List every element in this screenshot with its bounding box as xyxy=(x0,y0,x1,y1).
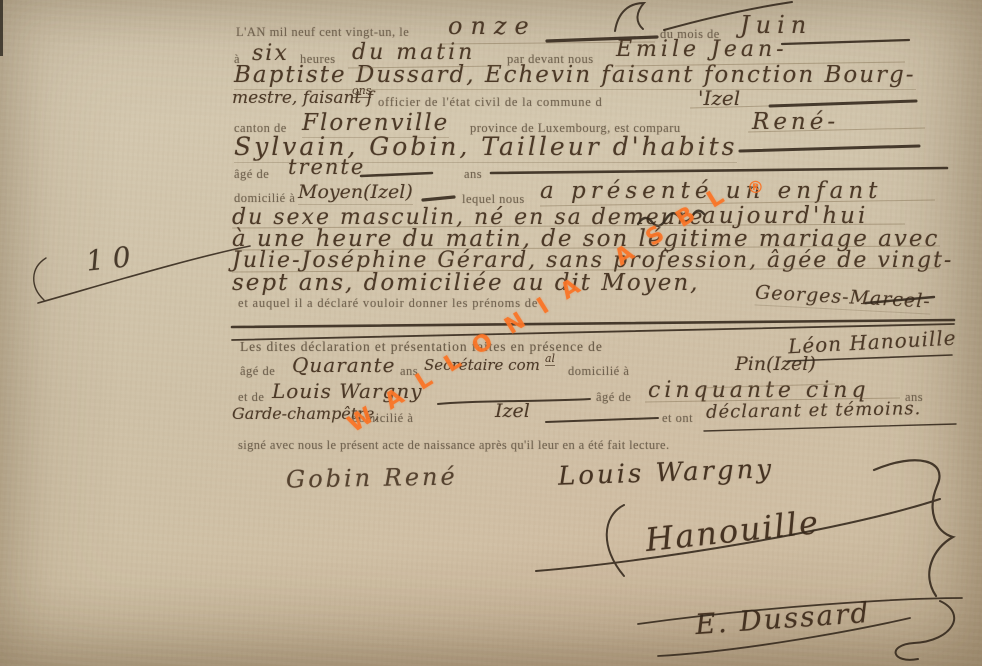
entry-day: onze xyxy=(448,12,537,41)
printed-aged: âgé de xyxy=(596,390,631,405)
printed-civil-status-officer: officier de l'état civil de la commune d xyxy=(378,95,603,110)
entry-child-names: Georges-Marcel- xyxy=(754,281,931,314)
entry-declarant-and-witnesses: déclarant et témoins. xyxy=(706,398,922,424)
registered-trademark-icon: ® xyxy=(747,178,764,198)
printed-aged: âgé de xyxy=(234,167,269,182)
entry-superscript-ons: ons xyxy=(352,84,371,98)
ink-line-after-domicile xyxy=(423,197,454,200)
ink-line-after-profession xyxy=(740,146,919,151)
ink-line-after-izel xyxy=(546,418,658,422)
printed-year-phrase: L'AN mil neuf cent vingt-un, le xyxy=(236,25,409,40)
entry-declarant-firstname: René- xyxy=(752,109,839,136)
dussard-loop-flourish xyxy=(896,601,955,660)
signature-witness2: Louis Wargny xyxy=(558,454,775,492)
entry-declarant-domicile: Moyen(Izel) xyxy=(298,181,413,205)
birth-act-document: 10 L'AN mil neuf cent vingt-un, le onze … xyxy=(0,0,982,666)
printed-signature-clause: signé avec nous le présent acte de naiss… xyxy=(238,438,670,453)
printed-and-have: et ont xyxy=(662,411,693,426)
signature-officer: E. Dussard xyxy=(694,596,871,641)
printed-declared-names: et auquel il a déclaré vouloir donner le… xyxy=(238,296,538,311)
entry-mother-age-domicile: sept ans, domiciliée au dit Moyen, xyxy=(232,270,699,297)
divider-rule-top xyxy=(232,320,954,327)
entry-witness1-age: Quarante xyxy=(292,353,395,378)
printed-domiciled-at: domicilié à xyxy=(568,364,629,379)
entry-commune: 'Izel xyxy=(698,86,740,111)
bracket-flourish xyxy=(874,460,953,596)
signature-declarant: Gobin René xyxy=(286,463,458,494)
entry-declarant-age: trente xyxy=(288,155,365,180)
ink-underline-month xyxy=(782,40,909,44)
entry-superscript-al: al xyxy=(545,352,555,366)
ink-line-after-commune xyxy=(770,101,916,106)
margin-act-number: 10 xyxy=(84,239,141,277)
printed-years: ans xyxy=(464,167,482,182)
entry-witness2-domicile: Izel xyxy=(495,400,530,423)
hanouille-paren-flourish xyxy=(607,505,624,576)
entry-officer-firstname: Emile Jean- xyxy=(616,37,788,63)
ink-line-age-2 xyxy=(491,168,947,173)
signature-witness1: Hanouille xyxy=(643,503,821,559)
entry-witness1-domicile: Pin(Izel) xyxy=(735,353,816,376)
printed-domiciled-at: domicilié à xyxy=(234,191,295,206)
ink-line-age-1 xyxy=(361,173,432,176)
printed-aged: âgé de xyxy=(240,364,275,379)
margin-slash xyxy=(38,246,250,303)
entry-officer-name-title: Baptiste Dussard, Echevin faisant foncti… xyxy=(234,62,916,90)
ink-underline-temoins xyxy=(704,424,956,431)
entry-month: Juin xyxy=(740,11,812,40)
margin-hook xyxy=(34,258,46,300)
top-flourish-v xyxy=(615,3,644,31)
scan-edge-artifact xyxy=(0,0,3,56)
printed-and-of: et de xyxy=(238,390,264,405)
